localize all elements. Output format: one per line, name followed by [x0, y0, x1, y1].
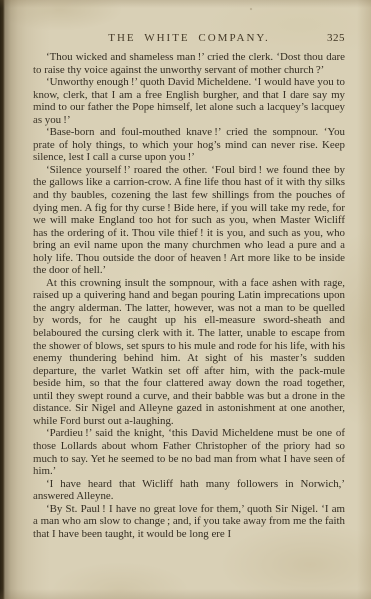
book-gutter-shadow: [0, 0, 50, 599]
paragraph: ‘I have heard that Wicliff hath many fol…: [33, 478, 345, 503]
page-body: ‘Thou wicked and shameless man !’ cried …: [33, 51, 345, 540]
paragraph: At this crowning insult the sompnour, wi…: [33, 277, 345, 428]
running-title: THE WHITE COMPANY.: [108, 32, 269, 44]
page-edge-bottom: [0, 589, 371, 599]
page-header: THE WHITE COMPANY. 325: [33, 32, 345, 44]
page-edge-top: [0, 0, 371, 8]
paragraph: ‘Base-born and foul-mouthed knave !’ cri…: [33, 126, 345, 164]
paragraph: ‘Pardieu !’ said the knight, ‘this David…: [33, 427, 345, 477]
paragraph: ‘By St. Paul ! I have no great love for …: [33, 503, 345, 541]
page-edge-right: [357, 0, 371, 599]
paragraph: ‘Unworthy enough !’ quoth David Michelde…: [33, 76, 345, 126]
page-number: 325: [327, 32, 345, 44]
paragraph: ‘Silence yourself !’ roared the other. ‘…: [33, 164, 345, 277]
book-page-scan: THE WHITE COMPANY. 325 ‘Thou wicked and …: [0, 0, 371, 599]
paragraph: ‘Thou wicked and shameless man !’ cried …: [33, 51, 345, 76]
